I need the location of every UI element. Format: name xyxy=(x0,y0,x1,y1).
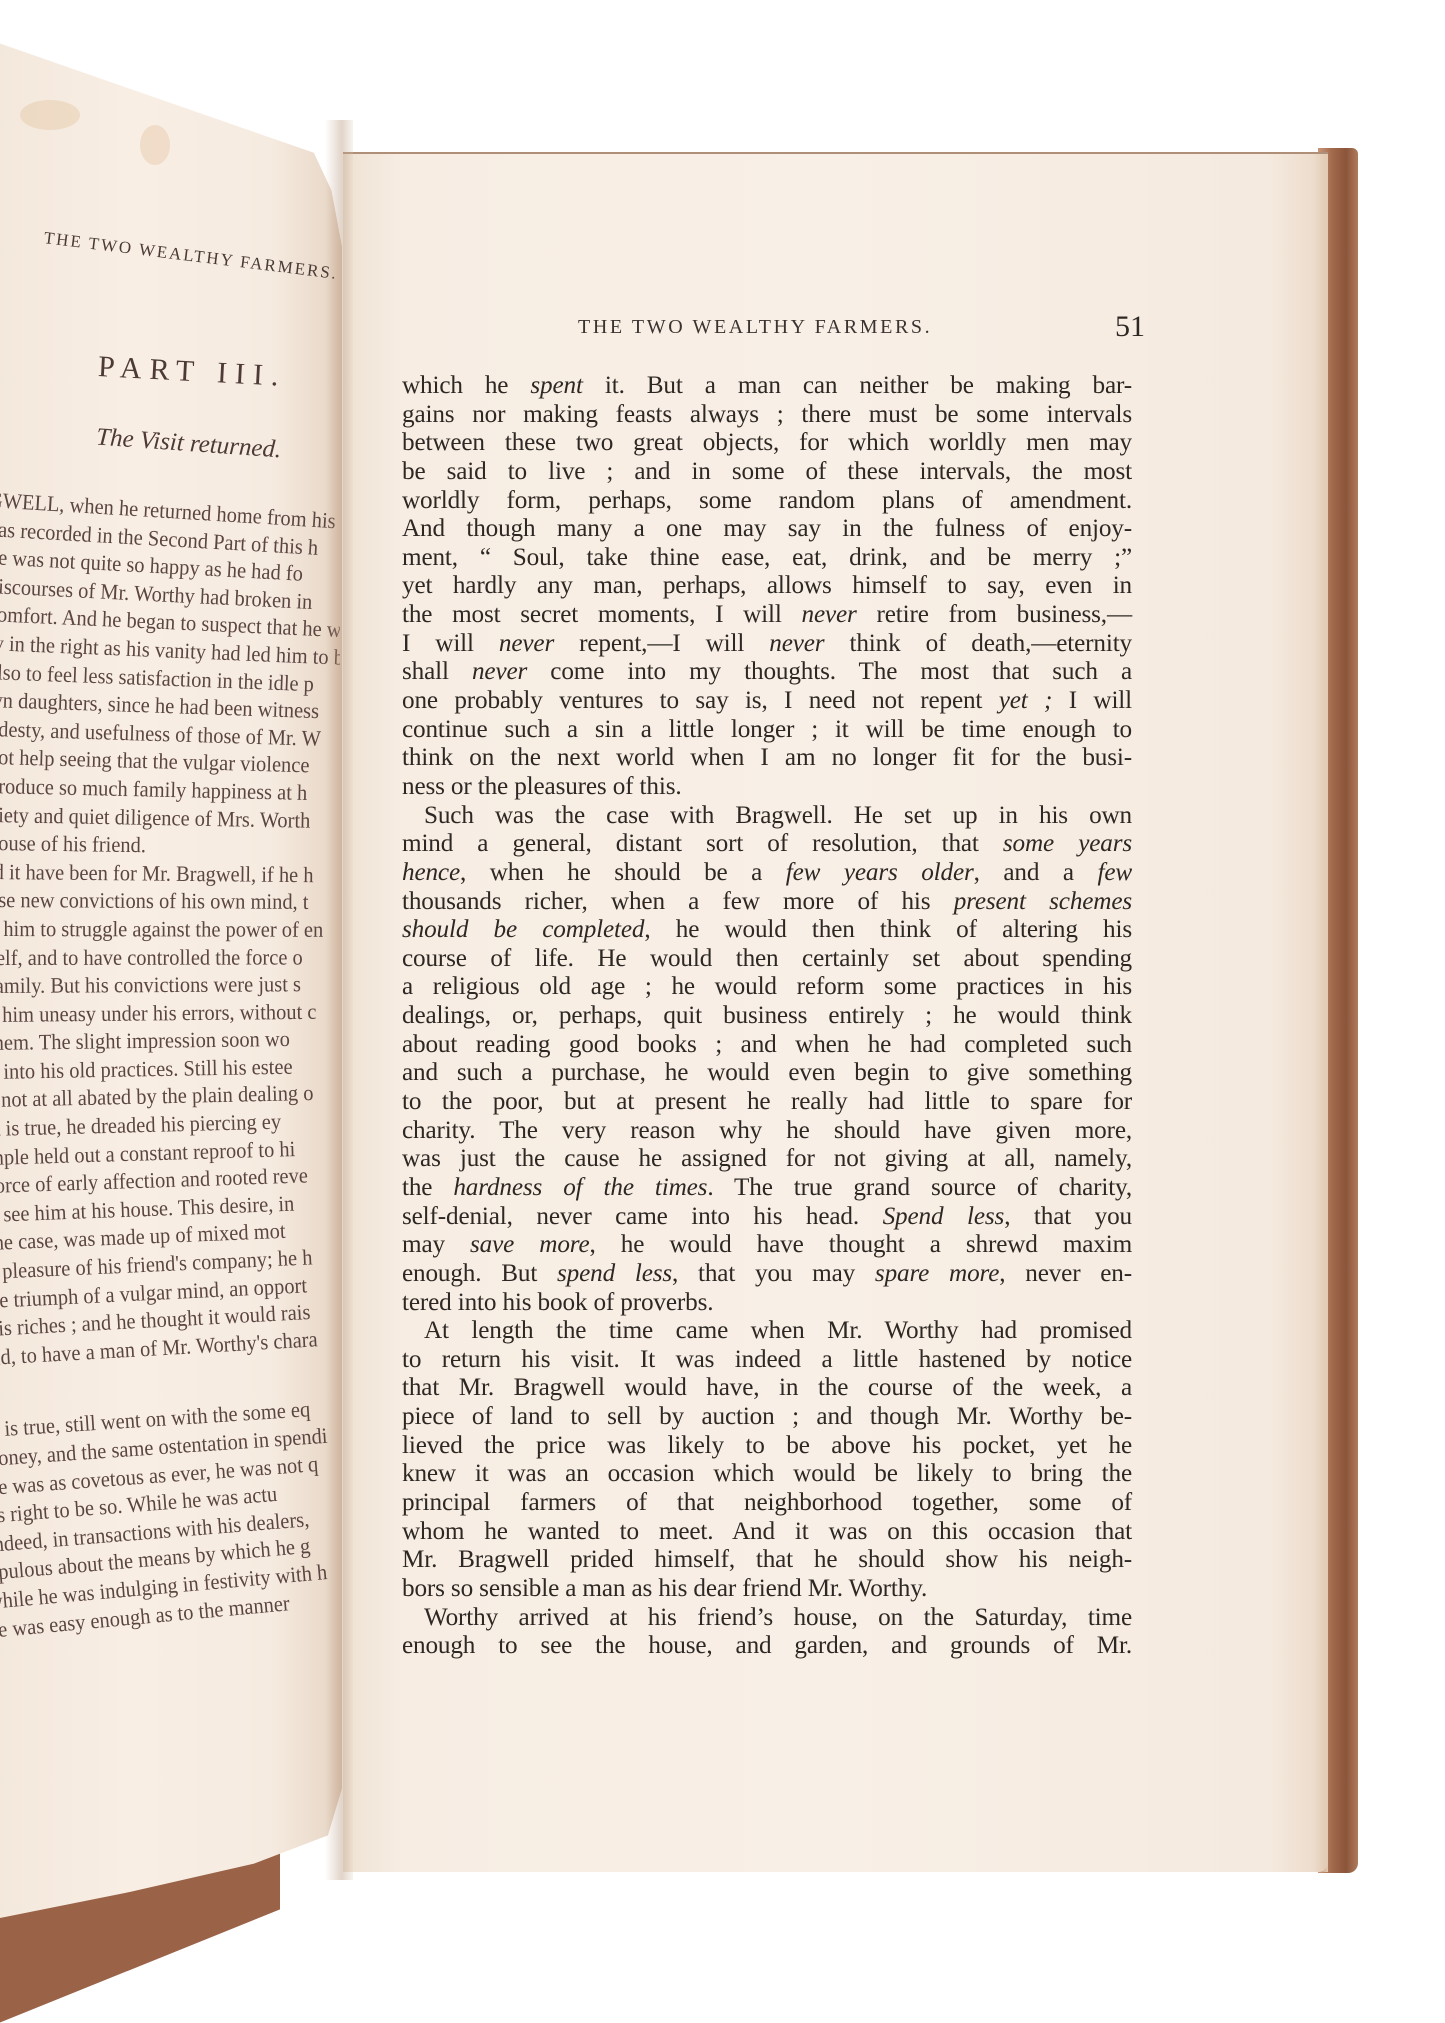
text-line: course of life. He would then certainly … xyxy=(402,945,1132,974)
part-subtitle: The Visit returned. xyxy=(95,424,282,465)
running-title: THE TWO WEALTHY FARMERS. xyxy=(578,316,932,339)
text-line: one probably ventures to say is, I need … xyxy=(402,687,1132,716)
text-line: the hardness of the times. The true gran… xyxy=(402,1174,1132,1203)
text-line: ose new convictions of his own mind, t xyxy=(0,886,323,917)
text-line: a religious old age ; he would reform so… xyxy=(402,973,1132,1002)
text-line: And though many a one may say in the ful… xyxy=(402,515,1132,544)
text-line: ness or the pleasures of this. xyxy=(402,773,1132,802)
text-line: should be completed, he would then think… xyxy=(402,916,1132,945)
text-line: which he spent it. But a man can neither… xyxy=(402,372,1132,401)
text-line: ment, “ Soul, take thine ease, eat, drin… xyxy=(402,544,1132,573)
text-line: continue such a sin a little longer ; it… xyxy=(402,716,1132,745)
text-line: worldly form, perhaps, some random plans… xyxy=(402,487,1132,516)
right-running-head: THE TWO WEALTHY FARMERS. 51 xyxy=(400,316,1145,346)
page-number: 51 xyxy=(1115,310,1145,344)
text-line: yet hardly any man, perhaps, allows hims… xyxy=(402,572,1132,601)
text-line: d him to struggle against the power of e… xyxy=(0,915,323,944)
text-line: tered into his book of proverbs. xyxy=(402,1289,1132,1318)
left-running-head: THE TWO WEALTHY FARMERS. xyxy=(43,228,339,284)
text-line: to the poor, but at present he really ha… xyxy=(402,1088,1132,1117)
text-line: gains nor making feasts always ; there m… xyxy=(402,401,1132,430)
text-line: thousands richer, when a few more of his… xyxy=(402,888,1132,917)
text-line: dealings, or, perhaps, quit business ent… xyxy=(402,1002,1132,1031)
text-line: that Mr. Bragwell would have, in the cou… xyxy=(402,1374,1132,1403)
text-line: principal farmers of that neighborhood t… xyxy=(402,1489,1132,1518)
text-line: At length the time came when Mr. Worthy … xyxy=(402,1317,1132,1346)
text-line: piece of land to sell by auction ; and t… xyxy=(402,1403,1132,1432)
left-page-text: THE TWO WEALTHY FARMERS. PART III. The V… xyxy=(0,0,340,1900)
text-line: house of his friend. xyxy=(0,829,323,862)
text-line: the most secret moments, I will never re… xyxy=(402,601,1132,630)
text-line: whom he wanted to meet. And it was on th… xyxy=(402,1518,1132,1547)
text-line: lieved the price was likely to be above … xyxy=(402,1432,1132,1461)
text-line: between these two great objects, for whi… xyxy=(402,429,1132,458)
text-line: to return his visit. It was indeed a lit… xyxy=(402,1346,1132,1375)
text-line: I will never repent,—I will never think … xyxy=(402,630,1132,659)
text-line: knew it was an occasion which would be l… xyxy=(402,1460,1132,1489)
text-line: hence, when he should be a few years old… xyxy=(402,859,1132,888)
text-line: be said to live ; and in some of these i… xyxy=(402,458,1132,487)
text-line: self-denial, never came into his head. S… xyxy=(402,1203,1132,1232)
text-line: and such a purchase, he would even begin… xyxy=(402,1059,1132,1088)
left-page-body-lines: GWELL, when he returned home from his v,… xyxy=(0,486,340,1645)
text-line: Such was the case with Bragwell. He set … xyxy=(402,802,1132,831)
text-line: ld it have been for Mr. Bragwell, if he … xyxy=(0,858,323,890)
text-line: was just the cause he assigned for not g… xyxy=(402,1145,1132,1174)
part-title: PART III. xyxy=(97,350,287,394)
book-gutter-shadow xyxy=(325,120,353,1880)
text-line: charity. The very reason why he should h… xyxy=(402,1117,1132,1146)
text-line: enough. But spend less, that you may spa… xyxy=(402,1260,1132,1289)
right-page-body-text: which he spent it. But a man can neither… xyxy=(402,372,1132,1661)
text-line: Worthy arrived at his friend’s house, on… xyxy=(402,1604,1132,1633)
text-line: Mr. Bragwell prided himself, that he sho… xyxy=(402,1546,1132,1575)
text-line: think on the next world when I am no lon… xyxy=(402,744,1132,773)
text-line: family. But his convictions were just s xyxy=(0,970,323,1000)
text-line: self, and to have controlled the force o xyxy=(0,943,323,972)
text-line: mind a general, distant sort of resoluti… xyxy=(402,830,1132,859)
text-line: bors so sensible a man as his dear frien… xyxy=(402,1575,1132,1604)
text-line: enough to see the house, and garden, and… xyxy=(402,1632,1132,1661)
text-line: may save more, he would have thought a s… xyxy=(402,1231,1132,1260)
text-line: shall never come into my thoughts. The m… xyxy=(402,658,1132,687)
text-line: about reading good books ; and when he h… xyxy=(402,1031,1132,1060)
